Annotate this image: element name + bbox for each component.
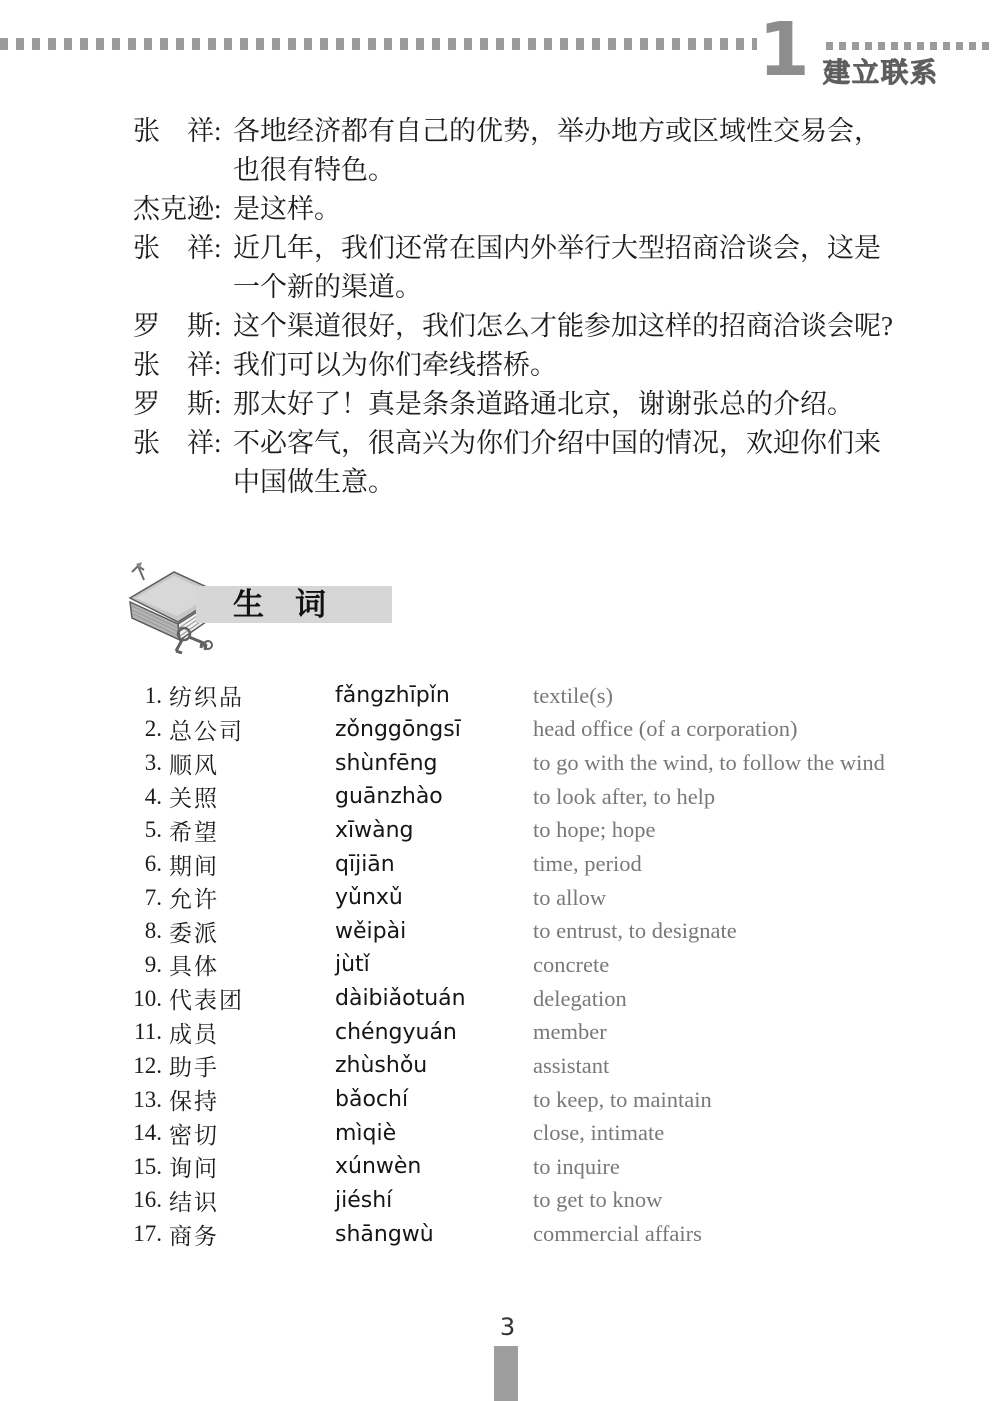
speaker-name-char: 张 (133, 229, 160, 268)
dialogue-speaker: 罗斯: (133, 307, 233, 346)
speaker-name-char: 逊 (187, 190, 214, 229)
vocab-chinese: 具体 (162, 948, 335, 981)
vocab-number: 8. (132, 918, 162, 944)
vocab-number: 13. (132, 1087, 162, 1113)
speaker-name-char: 张 (133, 424, 160, 463)
vocab-english: to go with the wind, to follow the wind (533, 750, 977, 776)
speaker-colon: : (214, 112, 233, 151)
dialogue-text: 也很有特色。 (233, 151, 989, 190)
vocab-number: 14. (132, 1120, 162, 1146)
vocab-chinese: 助手 (162, 1049, 335, 1082)
dialogue-line: 张祥:近几年，我们还常在国内外举行大型招商洽谈会，这是 (133, 229, 989, 268)
speaker-name-char: 克 (160, 190, 187, 229)
dialogue-speaker (133, 268, 233, 307)
dialogue-text: 是这样。 (233, 190, 989, 229)
vocab-pinyin: shùnfēng (335, 751, 533, 776)
speaker-name-char: 祥 (187, 346, 214, 385)
vocab-number: 3. (132, 750, 162, 776)
chapter-title: 建立联系 (823, 51, 939, 90)
vocab-english: assistant (533, 1053, 977, 1079)
vocab-chinese: 商务 (162, 1218, 335, 1251)
speaker-name-char: 祥 (187, 112, 214, 151)
textbook-page: 1 建立联系 张祥:各地经济都有自己的优势，举办地方或区域性交易会，也很有特色。… (0, 0, 993, 1401)
vocab-number: 7. (132, 885, 162, 911)
vocab-english: textile(s) (533, 683, 977, 709)
speaker-name-char: 祥 (187, 229, 214, 268)
dialogue-text: 中国做生意。 (233, 463, 989, 502)
vocab-chinese: 顺风 (162, 747, 335, 780)
vocab-number: 10. (132, 986, 162, 1012)
speaker-colon: : (214, 190, 233, 229)
speaker-name: 张祥 (133, 346, 214, 385)
vocab-number: 4. (132, 784, 162, 810)
dialogue-speaker: 张祥: (133, 229, 233, 268)
vocab-english: time, period (533, 851, 977, 877)
vocab-english: to keep, to maintain (533, 1087, 977, 1113)
dialogue-speaker: 罗斯: (133, 385, 233, 424)
vocab-chinese: 关照 (162, 780, 335, 813)
vocab-pinyin: qījiān (335, 852, 533, 877)
vocab-pinyin: jiéshí (335, 1188, 533, 1213)
vocab-pinyin: yǔnxǔ (335, 885, 533, 910)
dialogue-line: 罗斯:这个渠道很好，我们怎么才能参加这样的招商洽谈会呢? (133, 307, 989, 346)
vocab-number: 17. (132, 1221, 162, 1247)
speaker-colon: : (214, 385, 233, 424)
new-words-heading: 生 词 (233, 586, 326, 624)
dialogue-line: 一个新的渠道。 (133, 268, 989, 307)
speaker-name: 杰克逊 (133, 190, 214, 229)
vocab-pinyin: shāngwù (335, 1222, 533, 1247)
vocab-pinyin: guānzhào (335, 784, 533, 809)
vocab-chinese: 询问 (162, 1150, 335, 1183)
vocab-list: 1.纺织品fǎngzhīpǐntextile(s)2.总公司zǒnggōngsī… (132, 679, 977, 1251)
vocab-chinese: 纺织品 (162, 679, 335, 712)
vocab-english: member (533, 1019, 977, 1045)
speaker-name-char: 张 (133, 112, 160, 151)
vocab-english: head office (of a corporation) (533, 716, 977, 742)
dialogue-line: 张祥:不必客气，很高兴为你们介绍中国的情况，欢迎你们来 (133, 424, 989, 463)
dialogue-text: 一个新的渠道。 (233, 268, 989, 307)
speaker-colon: : (214, 424, 233, 463)
lesson-number: 1 (758, 20, 810, 82)
vocab-pinyin: bǎochí (335, 1087, 533, 1112)
vocab-pinyin: wěipài (335, 919, 533, 944)
vocab-chinese: 保持 (162, 1083, 335, 1116)
vocab-number: 1. (132, 683, 162, 709)
speaker-name: 罗斯 (133, 385, 214, 424)
speaker-name-char: 祥 (187, 424, 214, 463)
vocab-number: 11. (132, 1019, 162, 1045)
vocab-english: commercial affairs (533, 1221, 977, 1247)
vocab-chinese: 委派 (162, 915, 335, 948)
dialogue: 张祥:各地经济都有自己的优势，举办地方或区域性交易会，也很有特色。杰克逊:是这样… (133, 112, 989, 502)
vocab-pinyin: zǒnggōngsī (335, 717, 533, 742)
vocab-pinyin: dàibiǎotuán (335, 986, 533, 1011)
vocab-number: 15. (132, 1154, 162, 1180)
speaker-name-char: 张 (133, 346, 160, 385)
header-dotted-rule-right (826, 42, 993, 50)
vocab-pinyin: zhùshǒu (335, 1053, 533, 1078)
dialogue-speaker (133, 463, 233, 502)
speaker-name: 张祥 (133, 229, 214, 268)
vocab-chinese: 期间 (162, 848, 335, 881)
speaker-name: 张祥 (133, 112, 214, 151)
speaker-name-char: 斯 (187, 307, 214, 346)
vocab-pinyin: mìqiè (335, 1121, 533, 1146)
speaker-name: 张祥 (133, 424, 214, 463)
vocab-number: 5. (132, 817, 162, 843)
vocab-number: 2. (132, 716, 162, 742)
dialogue-speaker: 杰克逊: (133, 190, 233, 229)
vocab-chinese: 密切 (162, 1117, 335, 1150)
vocab-english: to look after, to help (533, 784, 977, 810)
vocab-number: 12. (132, 1053, 162, 1079)
speaker-colon: : (214, 346, 233, 385)
vocab-chinese: 结识 (162, 1184, 335, 1217)
page-number: 3 (480, 1313, 535, 1341)
speaker-name-char: 杰 (133, 190, 160, 229)
dialogue-speaker: 张祥: (133, 346, 233, 385)
vocab-pinyin: xúnwèn (335, 1154, 533, 1179)
dialogue-line: 也很有特色。 (133, 151, 989, 190)
dialogue-text: 不必客气，很高兴为你们介绍中国的情况，欢迎你们来 (233, 424, 989, 463)
dialogue-line: 罗斯:那太好了！真是条条道路通北京，谢谢张总的介绍。 (133, 385, 989, 424)
speaker-colon: : (214, 229, 233, 268)
vocab-english: delegation (533, 986, 977, 1012)
vocab-english: to inquire (533, 1154, 977, 1180)
vocab-chinese: 总公司 (162, 713, 335, 746)
speaker-name-char: 斯 (187, 385, 214, 424)
vocab-english: to get to know (533, 1187, 977, 1213)
vocab-number: 9. (132, 952, 162, 978)
vocab-number: 6. (132, 851, 162, 877)
page-footer-bar (494, 1346, 518, 1401)
vocab-pinyin: xīwàng (335, 818, 533, 843)
dialogue-line: 杰克逊:是这样。 (133, 190, 989, 229)
vocab-pinyin: chéngyuán (335, 1020, 533, 1045)
vocab-chinese: 成员 (162, 1016, 335, 1049)
dialogue-text: 这个渠道很好，我们怎么才能参加这样的招商洽谈会呢? (233, 307, 989, 346)
vocab-english: concrete (533, 952, 977, 978)
dialogue-text: 我们可以为你们牵线搭桥。 (233, 346, 989, 385)
vocab-english: to allow (533, 885, 977, 911)
speaker-name-char: 罗 (133, 307, 160, 346)
dialogue-line: 张祥:各地经济都有自己的优势，举办地方或区域性交易会， (133, 112, 989, 151)
vocab-english: to hope; hope (533, 817, 977, 843)
speaker-colon: : (214, 307, 233, 346)
dialogue-speaker: 张祥: (133, 424, 233, 463)
dialogue-text: 各地经济都有自己的优势，举办地方或区域性交易会， (233, 112, 989, 151)
vocab-number: 16. (132, 1187, 162, 1213)
speaker-name-char: 罗 (133, 385, 160, 424)
dialogue-text: 近几年，我们还常在国内外举行大型招商洽谈会，这是 (233, 229, 989, 268)
header-dotted-rule-left (0, 38, 757, 50)
vocab-pinyin: fǎngzhīpǐn (335, 683, 533, 708)
dialogue-line: 张祥:我们可以为你们牵线搭桥。 (133, 346, 989, 385)
vocab-chinese: 希望 (162, 814, 335, 847)
vocab-english: to entrust, to designate (533, 918, 977, 944)
vocab-english: close, intimate (533, 1120, 977, 1146)
dialogue-speaker: 张祥: (133, 112, 233, 151)
dialogue-text: 那太好了！真是条条道路通北京，谢谢张总的介绍。 (233, 385, 989, 424)
speaker-name: 罗斯 (133, 307, 214, 346)
dialogue-line: 中国做生意。 (133, 463, 989, 502)
vocab-chinese: 允许 (162, 881, 335, 914)
vocab-pinyin: jùtǐ (335, 952, 533, 977)
dialogue-speaker (133, 151, 233, 190)
vocab-chinese: 代表团 (162, 982, 335, 1015)
